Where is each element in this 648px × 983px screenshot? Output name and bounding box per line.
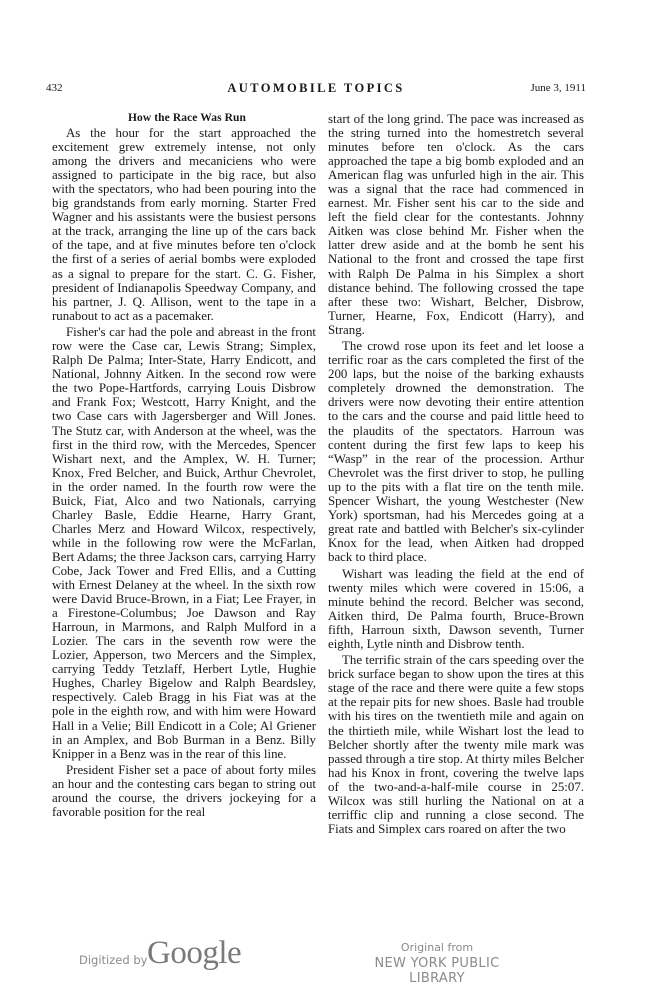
digitized-by-label: Digitized by	[79, 953, 147, 967]
paragraph: As the hour for the start approached the…	[52, 126, 316, 323]
paragraph: The crowd rose upon its feet and let loo…	[328, 339, 584, 564]
paragraph-continued: start of the long grind. The pace was in…	[328, 112, 584, 337]
library-name: NEW YORK PUBLIC LIBRARY	[352, 956, 522, 983]
paragraph: The terrific strain of the cars speeding…	[328, 653, 584, 836]
paragraph: Wishart was leading the field at the end…	[328, 567, 584, 651]
issue-date: June 3, 1911	[530, 82, 586, 94]
google-logo-icon: Google	[147, 935, 241, 972]
page-header: 432 AUTOMOBILE TOPICS June 3, 1911	[46, 82, 586, 98]
digitization-footer: Digitized by Google Original from NEW YO…	[0, 935, 648, 983]
running-title: AUTOMOBILE TOPICS	[46, 81, 586, 96]
right-column: start of the long grind. The pace was in…	[328, 112, 584, 836]
left-column: How the Race Was Run As the hour for the…	[52, 111, 316, 819]
original-from-label: Original from	[352, 941, 522, 954]
paragraph: Fisher's car had the pole and abreast in…	[52, 325, 316, 760]
section-subheading: How the Race Was Run	[52, 111, 316, 125]
paragraph: President Fisher set a pace of about for…	[52, 763, 316, 819]
